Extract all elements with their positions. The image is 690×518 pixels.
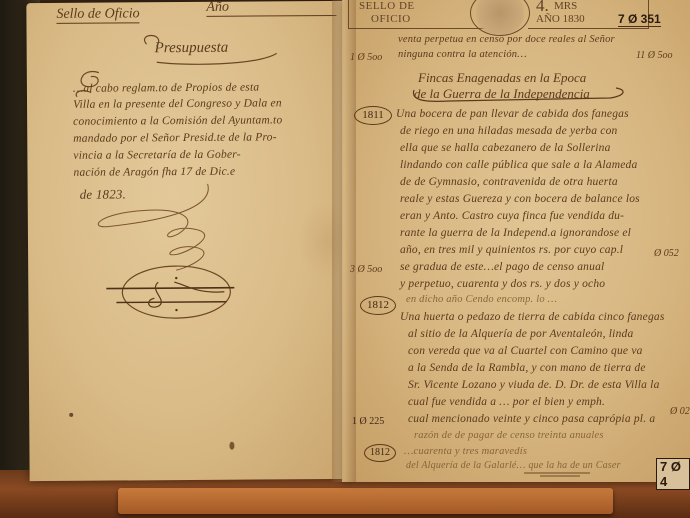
entry-line: razón de de pagar de censo treinta anual… <box>414 430 604 441</box>
stamp-label-2: OFICIO <box>371 13 411 25</box>
entry-line: a la Senda de la Rambla, y con mano de t… <box>408 362 646 374</box>
stamp-label-1: SELLO DE <box>359 0 415 12</box>
margin-amount: 3 Ø 5oo <box>350 264 382 275</box>
left-page: Sello de Oficio Año Presupuesta …al cabo… <box>26 1 351 481</box>
entry-line: rante la guerra de la Independ.a ignoran… <box>400 227 631 239</box>
entry-line: en dicho año Cendo encomp. lo … <box>406 294 557 305</box>
left-body-line: nación de Aragón fha 17 de Dic.e <box>73 166 235 179</box>
heading-underline-flourish-icon <box>410 84 630 106</box>
title-flourish-icon <box>127 31 287 72</box>
entry-line: ella que se halla cabezanero de la Solle… <box>400 142 611 154</box>
closing-flourish-icon <box>520 468 600 478</box>
entry-line: cual fue vendida a … por el bien y emph. <box>408 396 605 408</box>
entry-line: Sr. Vicente Lozano y viuda de. D. Dr. de… <box>408 379 660 391</box>
stamp-unit: MRS <box>554 0 577 12</box>
left-header-sello: Sello de Oficio <box>56 6 139 24</box>
year-badge-1812: 1812 <box>360 296 396 315</box>
margin-amount: 1 Ø 225 <box>352 416 384 427</box>
signature-rubric-icon <box>88 181 269 332</box>
right-top-line: ninguna contra la atención… <box>398 49 527 60</box>
ink-spot <box>69 413 73 417</box>
ink-spot <box>229 442 234 450</box>
entry-line: eran y Anto. Castro cuya finca fue vendi… <box>400 210 624 222</box>
stamp-year: AÑO 1830 <box>536 13 585 25</box>
entry-line: …cuarenta y tres maravedís <box>404 446 527 457</box>
margin-amount: 11 Ø 5oo <box>636 50 672 61</box>
entry-line: se gradua de este…el pago de censo anual <box>400 261 604 273</box>
book-cradle-shelf <box>118 488 613 514</box>
entry-line: cual mencionado veinte y cinco pasa capr… <box>408 413 655 425</box>
margin-amount: 1 Ø 5oo <box>350 52 382 63</box>
entry-line: y perpetuo, cuarenta y dos rs. y dos y o… <box>400 278 605 290</box>
left-body-line: …al cabo reglam.to de Propios de esta <box>73 82 259 95</box>
entry-line: con vereda que va al Cuartel con Camino … <box>408 345 643 357</box>
left-body-line: vincia a la Secretaría de la Gober- <box>73 149 240 162</box>
margin-amount: Ø 02 <box>670 406 690 417</box>
year-badge-1812: 1812 <box>364 444 396 462</box>
book-gutter <box>332 0 356 482</box>
margin-amount: Ø 052 <box>654 248 679 259</box>
entry-line: Una bocera de pan llevar de cabida dos f… <box>396 108 629 120</box>
left-header-ano: Año <box>206 0 336 17</box>
entry-line: al sitio de la Alquería de por Aventaleó… <box>408 328 633 340</box>
right-top-line: venta perpetua en censo por doce reales … <box>398 34 615 45</box>
year-badge-1811: 1811 <box>354 106 392 125</box>
left-body-line: Villa en la presente del Congreso y Dala… <box>73 97 282 110</box>
entry-line: año, en tres mil y quinientos rs. por cu… <box>400 244 623 256</box>
left-body-line: mandado por el Señor Presid.te de la Pro… <box>73 131 277 144</box>
entry-line: de riego en una hiladas mesada de yerba … <box>400 125 617 137</box>
folio-number-bottom: 7 Ø 4 <box>656 458 690 490</box>
entry-line: reale y estas Guereza y con bocera de ba… <box>400 193 640 205</box>
entry-line: Una huerta o pedazo de tierra de cabida … <box>400 311 665 323</box>
entry-line: lindando con calle pública que sale a la… <box>400 159 637 171</box>
entry-line: de de Gymnasio, contravenida de otra hue… <box>400 176 618 188</box>
folio-number-top: 7 Ø 351 <box>618 12 661 27</box>
left-body-line: conocimiento a la Comisión del Ayuntam.t… <box>73 114 282 127</box>
